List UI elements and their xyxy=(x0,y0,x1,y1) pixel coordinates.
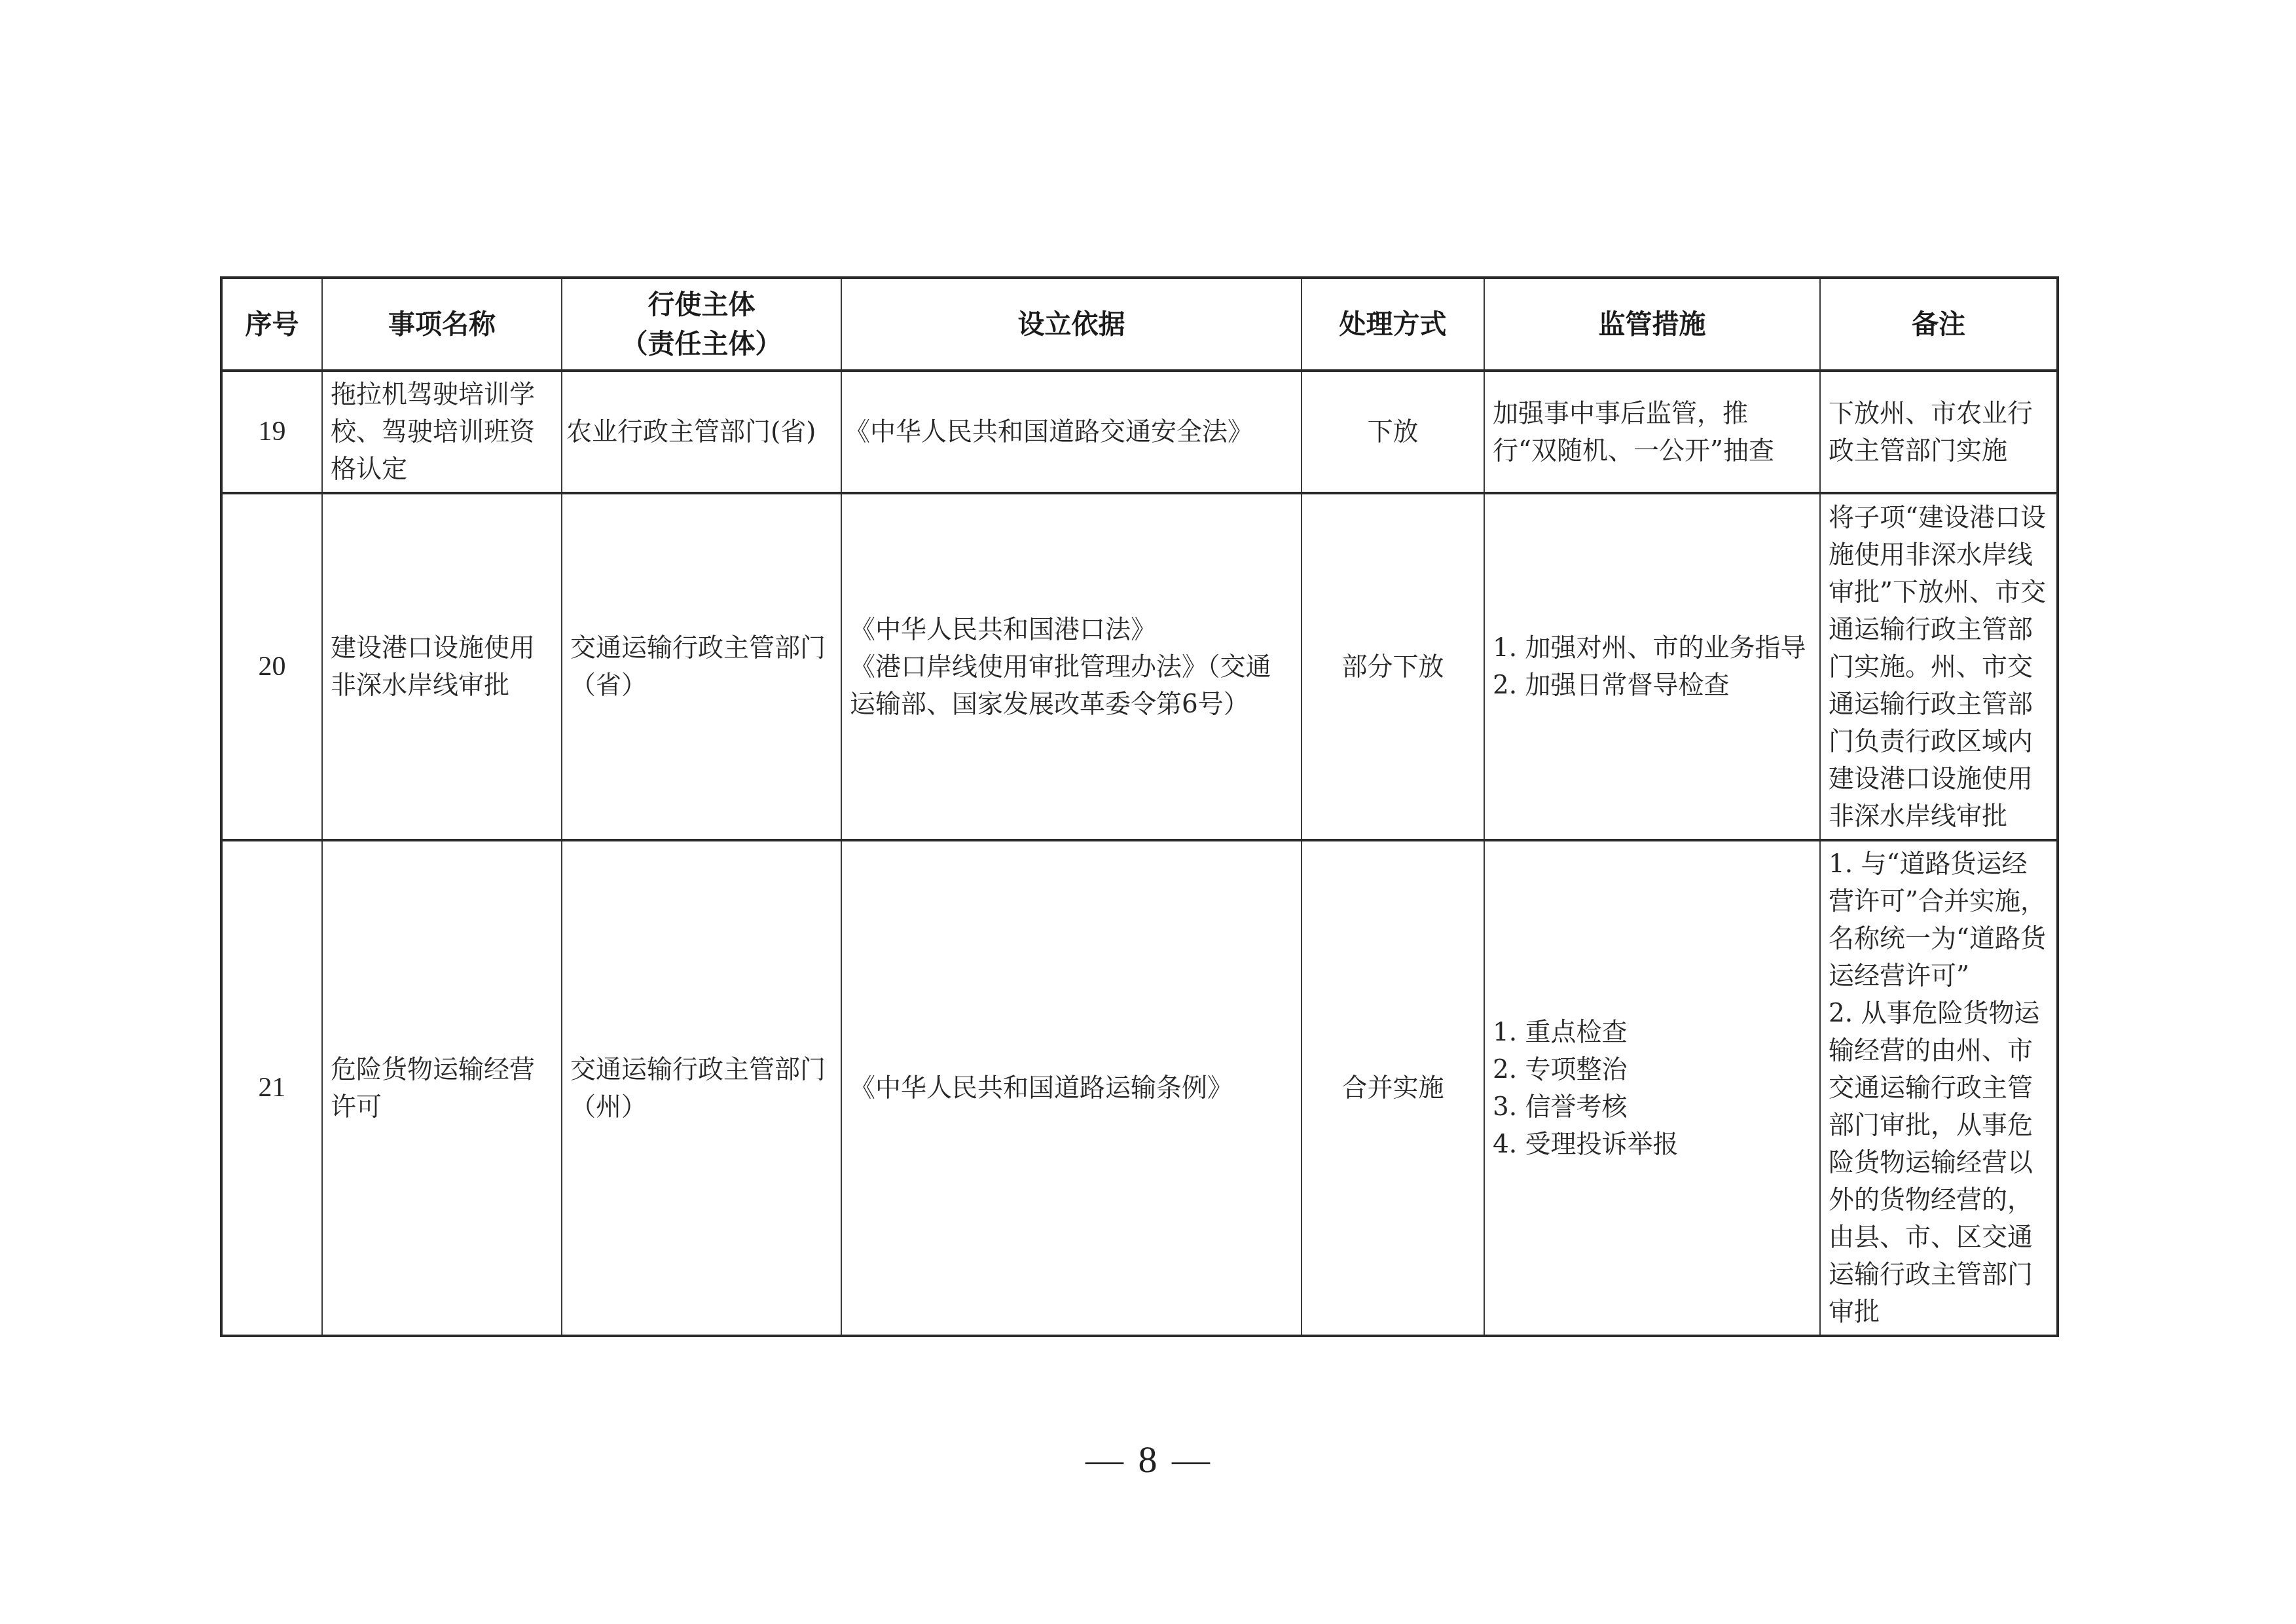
header-authority: 行使主体 （责任主体） xyxy=(562,278,841,371)
authority-line1: 农业行政主管部门(省) xyxy=(566,413,838,451)
measures-line: 1. 加强对州、市的业务指导 xyxy=(1493,629,1812,667)
basis-line: 《中华人民共和国港口法》 xyxy=(850,611,1293,648)
header-serial-number: 序号 xyxy=(221,278,322,371)
cell-supervision-measures: 1. 加强对州、市的业务指导 2. 加强日常督导检查 xyxy=(1484,493,1820,840)
item-table: 序号 事项名称 行使主体 （责任主体） 设立依据 处理方式 监管措施 备注 19… xyxy=(220,276,2059,1337)
header-remarks: 备注 xyxy=(1820,278,2058,371)
cell-item-name: 建设港口设施使用非深水岸线审批 xyxy=(322,493,562,840)
authority-line2: （州） xyxy=(570,1088,833,1126)
cell-remarks: 下放州、市农业行政主管部门实施 xyxy=(1820,371,2058,493)
page-number: — 8 — xyxy=(1061,1437,1237,1481)
header-handling-method: 处理方式 xyxy=(1302,278,1484,371)
measures-line: 2. 加强日常督导检查 xyxy=(1493,667,1812,704)
cell-serial-number: 21 xyxy=(221,840,322,1336)
cell-handling-method: 合并实施 xyxy=(1302,840,1484,1336)
basis-line: 《港口岸线使用审批管理办法》（交通运输部、国家发展改革委令第6号） xyxy=(850,648,1293,723)
cell-legal-basis: 《中华人民共和国道路交通安全法》 xyxy=(841,371,1302,493)
cell-legal-basis: 《中华人民共和国港口法》 《港口岸线使用审批管理办法》（交通运输部、国家发展改革… xyxy=(841,493,1302,840)
item-name-text: 危险货物运输经营许可 xyxy=(331,1051,553,1126)
item-name-text: 建设港口设施使用非深水岸线审批 xyxy=(331,629,553,704)
cell-handling-method: 部分下放 xyxy=(1302,493,1484,840)
cell-supervision-measures: 加强事中事后监管，推行“双随机、一公开”抽查 xyxy=(1484,371,1820,493)
table-header-row: 序号 事项名称 行使主体 （责任主体） 设立依据 处理方式 监管措施 备注 xyxy=(221,278,2058,371)
cell-authority: 交通运输行政主管部门 （省） xyxy=(562,493,841,840)
measures-text: 加强事中事后监管，推行“双随机、一公开”抽查 xyxy=(1493,395,1812,470)
authority-line2: （省） xyxy=(570,667,833,704)
authority-line1: 交通运输行政主管部门 xyxy=(570,1051,833,1088)
remarks-line: 2. 从事危险货物运输经营的由州、市交通运输行政主管部门审批，从事危险货物运输经… xyxy=(1829,995,2049,1331)
cell-item-name: 拖拉机驾驶培训学校、驾驶培训班资格认定 xyxy=(322,371,562,493)
basis-line: 《中华人民共和国道路运输条例》 xyxy=(850,1069,1293,1107)
cell-serial-number: 20 xyxy=(221,493,322,840)
item-name-text: 拖拉机驾驶培训学校、驾驶培训班资格认定 xyxy=(331,376,553,488)
header-legal-basis: 设立依据 xyxy=(841,278,1302,371)
remarks-line: 1. 与“道路货运经营许可”合并实施，名称统一为“道路货运经营许可” xyxy=(1829,845,2049,995)
measures-line: 1. 重点检查 xyxy=(1493,1014,1812,1051)
measures-line: 2. 专项整治 xyxy=(1493,1051,1812,1088)
cell-remarks: 将子项“建设港口设施使用非深水岸线审批”下放州、市交通运输行政主管部门实施。州、… xyxy=(1820,493,2058,840)
table-row: 21 危险货物运输经营许可 交通运输行政主管部门 （州） 《中华人民共和国道路运… xyxy=(221,840,2058,1336)
measures-line: 4. 受理投诉举报 xyxy=(1493,1126,1812,1163)
authority-line1: 交通运输行政主管部门 xyxy=(570,629,833,667)
cell-supervision-measures: 1. 重点检查 2. 专项整治 3. 信誉考核 4. 受理投诉举报 xyxy=(1484,840,1820,1336)
cell-item-name: 危险货物运输经营许可 xyxy=(322,840,562,1336)
table-row: 19 拖拉机驾驶培训学校、驾驶培训班资格认定 农业行政主管部门(省) 《中华人民… xyxy=(221,371,2058,493)
remarks-text: 下放州、市农业行政主管部门实施 xyxy=(1829,395,2049,470)
cell-authority: 农业行政主管部门(省) xyxy=(562,371,841,493)
cell-serial-number: 19 xyxy=(221,371,322,493)
header-supervision-measures: 监管措施 xyxy=(1484,278,1820,371)
header-authority-line1: 行使主体 xyxy=(570,285,833,324)
cell-remarks: 1. 与“道路货运经营许可”合并实施，名称统一为“道路货运经营许可” 2. 从事… xyxy=(1820,840,2058,1336)
table-row: 20 建设港口设施使用非深水岸线审批 交通运输行政主管部门 （省） 《中华人民共… xyxy=(221,493,2058,840)
basis-line: 《中华人民共和国道路交通安全法》 xyxy=(845,413,1293,451)
header-item-name: 事项名称 xyxy=(322,278,562,371)
cell-handling-method: 下放 xyxy=(1302,371,1484,493)
header-authority-line2: （责任主体） xyxy=(570,324,833,363)
remarks-text: 将子项“建设港口设施使用非深水岸线审批”下放州、市交通运输行政主管部门实施。州、… xyxy=(1829,499,2049,835)
cell-authority: 交通运输行政主管部门 （州） xyxy=(562,840,841,1336)
measures-line: 3. 信誉考核 xyxy=(1493,1088,1812,1126)
cell-legal-basis: 《中华人民共和国道路运输条例》 xyxy=(841,840,1302,1336)
